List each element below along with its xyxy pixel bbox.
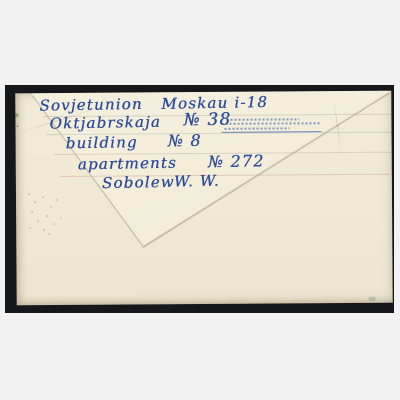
edge-speck-green xyxy=(15,113,18,117)
address-street: Oktjabrskaja xyxy=(49,114,161,132)
address-apartment-number: № 272 xyxy=(208,153,265,170)
address-building-number: № 8 xyxy=(167,133,201,150)
address-building-label: building xyxy=(65,134,137,151)
address-country: Sovjetunion xyxy=(39,96,143,114)
edge-speck-rust xyxy=(16,125,18,127)
address-apartment-label: apartments xyxy=(78,155,177,173)
sender-initials: W. W. xyxy=(174,173,220,190)
envelope-back: Sovjetunion Moskau i-18 Oktjabrskaja № 3… xyxy=(15,91,392,306)
ink-speckles xyxy=(28,193,30,195)
sender-name: Sobolew xyxy=(102,174,175,191)
address-street-number: № 38 xyxy=(183,112,231,129)
photo-background: Sovjetunion Moskau i-18 Oktjabrskaja № 3… xyxy=(0,0,400,400)
corner-smudge xyxy=(369,297,376,301)
